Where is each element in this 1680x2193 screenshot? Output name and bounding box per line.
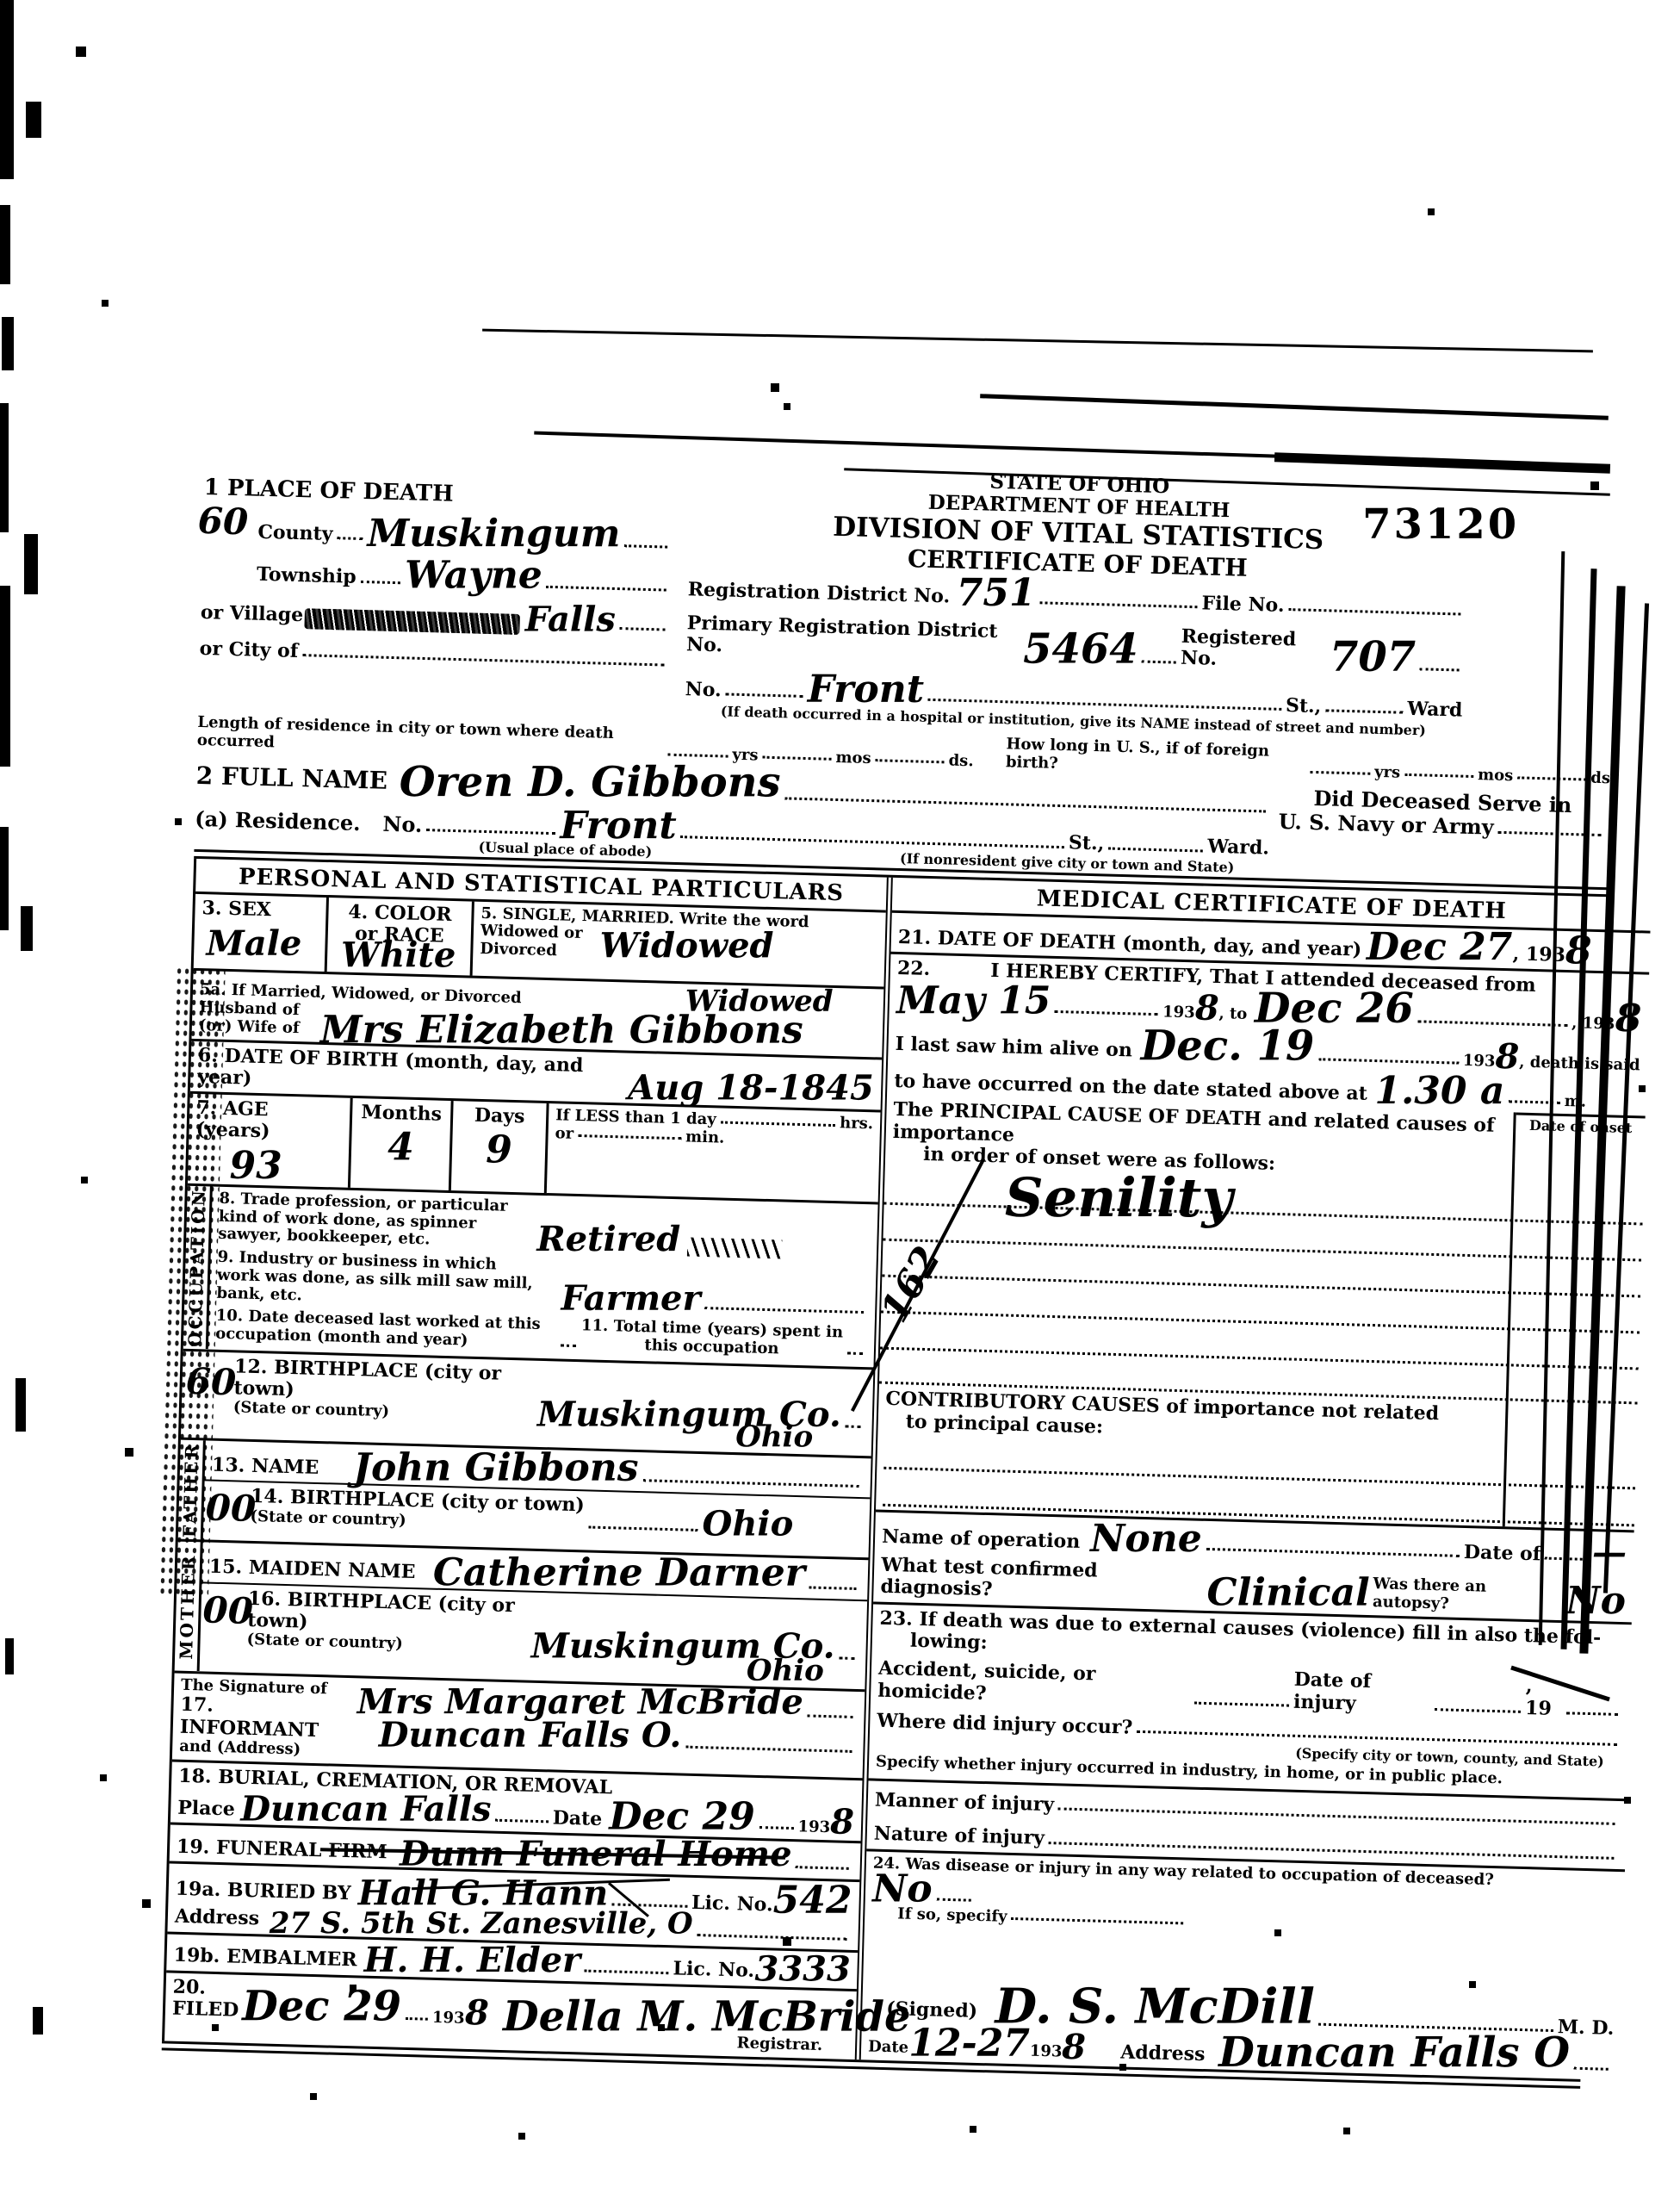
industry-value: Farmer (561, 1284, 700, 1314)
funeral-value: Dunn Funeral Home (400, 1840, 792, 1869)
scan-noise (24, 534, 38, 594)
birthplace-row: 60 12. BIRTHPLACE (city or town) (State … (181, 1351, 874, 1458)
mother-birthplace-label2: (State or country) (246, 1631, 403, 1653)
filed-label: 20. FILED (172, 1976, 240, 2022)
page-edge-line (482, 329, 1593, 353)
township-label: Township (257, 564, 356, 588)
manner-label: Manner of injury (875, 1790, 1055, 1817)
signed-address-label: Address (1120, 2041, 1206, 2066)
attended-to-year: 8 (1615, 1003, 1641, 1034)
place-of-death-block: 1 PLACE OF DEATH 60 County Muskingum Tow… (198, 450, 674, 718)
burial-place-label: Place (177, 1798, 235, 1821)
scan-noise (15, 1378, 26, 1432)
last-saw-label: I last saw him alive on (895, 1034, 1132, 1062)
signed-date-year: 8 (1063, 2033, 1087, 2062)
contributory-block: CONTRIBUTORY CAUSES of importance not re… (876, 1385, 1638, 1530)
mother-birthplace-label: 16. BIRTHPLACE (city or town) (247, 1587, 515, 1632)
signed-date-value: 12-27 (908, 2027, 1030, 2059)
sex-value: Male (206, 929, 301, 959)
occupation-related-value: No (872, 1873, 933, 1905)
operation-label: Name of operation (882, 1526, 1081, 1554)
birthplace-label: 12. BIRTHPLACE (city or town) (233, 1355, 501, 1401)
father-birthplace-label2: (State or country) (250, 1507, 406, 1530)
birthplace-code: 60 (185, 1367, 236, 1397)
physician-signature: D. S. McDill (995, 1986, 1315, 2028)
filed-year: 8 (465, 1999, 489, 2028)
certificate-header: 73120 1 PLACE OF DEATH 60 County Musking… (198, 450, 1623, 744)
father-birthplace-value: Ohio (703, 1510, 794, 1539)
funeral-label: 19. FUNERAL FIRM (177, 1836, 387, 1864)
scan-noise (0, 205, 10, 284)
registered-no-label: Registered No. (1181, 626, 1330, 674)
page-edge-line (1274, 452, 1610, 474)
residence-no-label: No. (382, 812, 423, 837)
lic-no-label2: Lic. No. (673, 1959, 754, 1983)
attended-from-year: 8 (1195, 994, 1219, 1023)
occupation-block: OCCUPATION 8. Trade profession, or parti… (183, 1186, 878, 1370)
county-value: Muskingum (368, 518, 621, 550)
certify-block: 22. I HEREBY CERTIFY, That I attended de… (887, 954, 1649, 1116)
ward-label: Ward (1407, 699, 1463, 722)
total-time-label: 11. Total time (years) spent in this occ… (580, 1317, 844, 1360)
informant-label3: and (Address) (179, 1738, 356, 1761)
birthplace-value2: Ohio (735, 1425, 813, 1450)
scan-noise (0, 586, 10, 767)
death-said-label: , death is said (1519, 1054, 1640, 1075)
age-value: 93 (230, 1150, 282, 1182)
operation-value: None (1090, 1523, 1202, 1556)
dod-year: 8 (1565, 935, 1592, 966)
min-label: min. (685, 1128, 725, 1147)
informant-label2: 17. INFORMANT (180, 1694, 357, 1743)
filed-value: Dec 29 (242, 1989, 401, 2024)
lic-no-value2: 3333 (754, 1954, 850, 1984)
sex-label: 3. SEX (201, 898, 319, 923)
maiden-value: Catherine Darner (432, 1556, 804, 1589)
trade-value: Retired (536, 1225, 680, 1254)
father-block: FATHER 13. NAME John Gibbons 00 14. BIRT… (178, 1440, 871, 1561)
year-prefix: 193 (1030, 2043, 1063, 2062)
village-value: Falls (525, 605, 616, 634)
year-prefix: 193 (1162, 1004, 1195, 1023)
operation-date-label: Date of (1464, 1542, 1541, 1566)
place-code: 60 (197, 506, 248, 537)
full-name-label: 2 FULL NAME (195, 762, 387, 795)
year-prefix: 193 (797, 1818, 830, 1837)
primary-district-label: Primary Registration District No. (686, 612, 1020, 665)
year-prefix: 193 (432, 2009, 465, 2028)
father-birthplace-code: 00 (205, 1494, 256, 1524)
onset-label: Date of onset (1529, 1117, 1633, 1136)
signed-date-label: Date (868, 2039, 909, 2058)
lic-no-label: Lic. No. (691, 1892, 773, 1916)
test-label: What test confirmed diagnosis? (880, 1555, 1204, 1607)
navy-army-block: Did Deceased Serve in U. S. Navy or Army (1268, 779, 1615, 887)
last-worked-label: 10. Date deceased last worked at this oc… (215, 1308, 557, 1352)
principal-cause-area: Senility 162 (879, 1168, 1644, 1406)
cause-value: Senility (1005, 1176, 1233, 1221)
last-saw-value: Dec. 19 (1141, 1028, 1315, 1064)
registered-no-value: 707 (1330, 640, 1416, 675)
birthplace-label2: (State or country) (233, 1399, 390, 1421)
accident-label: Accident, suicide, or homicide? (877, 1658, 1191, 1710)
lic-no-value: 542 (773, 1885, 852, 1917)
days-label: Days (460, 1104, 540, 1128)
page-edge-line (980, 394, 1609, 419)
color-value: White (342, 941, 456, 970)
buried-address-label: Address (175, 1906, 260, 1930)
injury-date-label: Date of injury (1293, 1669, 1432, 1717)
form-body: PERSONAL AND STATISTICAL PARTICULARS 3. … (162, 858, 1613, 2078)
scan-noise (5, 1638, 14, 1674)
county-label: County (257, 522, 333, 546)
city-label: or City of (199, 638, 298, 662)
scan-noise (0, 827, 9, 930)
injury-19-label: , 19 (1525, 1675, 1563, 1720)
scan-noise (0, 0, 14, 179)
buried-by-label: 19a. BURIED BY (175, 1878, 351, 1904)
autopsy-label: Was there an autopsy? (1373, 1576, 1561, 1617)
scanned-death-certificate-page: 73120 1 PLACE OF DEATH 60 County Musking… (0, 0, 1680, 2193)
scan-noise (21, 906, 33, 951)
yp2-label: , 193 (1572, 1016, 1615, 1034)
scan-noise (2, 317, 14, 370)
registration-district-label: Registration District No. (687, 579, 950, 608)
mos-label: mos (1478, 767, 1514, 786)
spouse-name-value: Mrs Elizabeth Gibbons (320, 1014, 803, 1047)
registration-district-value: 751 (957, 577, 1036, 609)
informant-value: Mrs Margaret McBride (357, 1687, 803, 1717)
signed-block: (Signed) D. S. McDill M. D. Date 12-27 1… (861, 1975, 1622, 2080)
marital-label3: Divorced (480, 941, 582, 961)
primary-district-value: 5464 (1023, 631, 1138, 667)
medical-column: MEDICAL CERTIFICATE OF DEATH 21. DATE OF… (855, 877, 1652, 2080)
days-value: 9 (486, 1134, 512, 1166)
informant-address: Duncan Falls O. (379, 1720, 682, 1749)
ds-label: ds. (948, 752, 974, 770)
operation-date-value: — (1592, 1538, 1627, 1568)
months-value: 4 (387, 1132, 414, 1164)
village-label: or Village (201, 602, 304, 627)
mother-block: MOTHER 15. MAIDEN NAME Catherine Darner … (175, 1542, 869, 1692)
scan-speckles (0, 0, 3, 3)
autopsy-value: No (1565, 1586, 1626, 1618)
file-stamp-number: 73120 (1362, 507, 1519, 543)
mos-label: mos (835, 749, 871, 768)
buried-by-value: Hall G. Hann (358, 1879, 609, 1908)
scan-noise (33, 2007, 43, 2035)
hrs-label: hrs. (840, 1115, 874, 1134)
residence-st-label: St., (1069, 833, 1105, 855)
buried-address-value: 27 S. 5th St. Zanesville, O (270, 1911, 693, 1936)
embalmer-label: 19b. EMBALMER (173, 1945, 357, 1972)
personal-column: PERSONAL AND STATISTICAL PARTICULARS 3. … (162, 858, 887, 2059)
father-vertical-label: FATHER (178, 1440, 206, 1540)
occurred-value: 1.30 a (1374, 1075, 1504, 1108)
burial-date-year: 8 (830, 1808, 854, 1837)
dod-year-prefix: , 193 (1512, 943, 1565, 966)
street-no-value: Front (808, 673, 924, 705)
certify-num: 22. (897, 958, 931, 980)
marital-value: Widowed (599, 931, 773, 960)
file-no-label: File No. (1201, 593, 1285, 617)
registrar-signature: Della M. McBride (503, 1999, 911, 2035)
industry-label: 9. Industry or business in which work wa… (216, 1249, 536, 1311)
death-certificate: 73120 1 PLACE OF DEATH 60 County Musking… (162, 450, 1624, 2089)
dod-value: Dec 27 (1367, 931, 1513, 964)
st-label: St., (1286, 695, 1322, 718)
onset-wrap: The PRINCIPAL CAUSE OF DEATH and related… (876, 1096, 1646, 1530)
months-label: Months (359, 1102, 444, 1126)
township-value: Wayne (405, 560, 542, 593)
attended-from-value: May 15 (896, 985, 1051, 1017)
m-label: m. (1564, 1093, 1586, 1111)
burial-place-value: Duncan Falls (240, 1795, 491, 1824)
external-causes-block: 23. If death was due to external causes … (866, 1604, 1632, 1872)
or-label: or (555, 1125, 573, 1143)
street-no-label: No. (685, 679, 722, 701)
signed-address-value: Duncan Falls O (1219, 2035, 1571, 2071)
father-name-value: John Gibbons (353, 1451, 638, 1484)
burial-date-label: Date (552, 1808, 602, 1831)
crossed-out-text (305, 608, 521, 635)
test-value: Clinical (1206, 1577, 1369, 1610)
occupation-vertical-label: OCCUPATION (183, 1186, 213, 1349)
place-of-death-title: 1 PLACE OF DEATH (203, 475, 673, 514)
burial-date-value: Dec 29 (609, 1801, 755, 1834)
scan-noise (26, 102, 41, 138)
last-saw-year: 8 (1496, 1042, 1520, 1072)
nature-label: Nature of injury (873, 1823, 1045, 1850)
pen-strokes (687, 1238, 783, 1259)
mother-vertical-label: MOTHER (175, 1542, 203, 1671)
ds-label: ds. (1590, 769, 1616, 787)
yrs-label: yrs (1374, 764, 1401, 782)
birth-label: 6. DATE OF BIRTH (month, day, and year) (197, 1045, 623, 1100)
mother-birthplace-value2: Ohio (747, 1659, 824, 1684)
navy-line2: U. S. Navy or Army (1278, 810, 1494, 839)
maiden-label: 15. MAIDEN NAME (209, 1556, 416, 1584)
full-name-value: Oren D. Gibbons (400, 766, 781, 801)
mother-birthplace-code: 00 (202, 1595, 253, 1625)
scan-noise (0, 403, 9, 532)
residence-ward-label: Ward. (1207, 836, 1269, 860)
mother-birthplace-row: 00 16. BIRTHPLACE (city or town) (State … (200, 1583, 867, 1689)
residence-label: (a) Residence. (195, 807, 361, 836)
father-name-label: 13. NAME (212, 1455, 319, 1480)
birth-value: Aug 18-1845 (629, 1073, 875, 1103)
embalmer-value: H. H. Elder (364, 1946, 580, 1975)
residence-value: Front (560, 810, 676, 842)
trade-label: 8. Trade profession, or particular kind … (218, 1190, 538, 1252)
